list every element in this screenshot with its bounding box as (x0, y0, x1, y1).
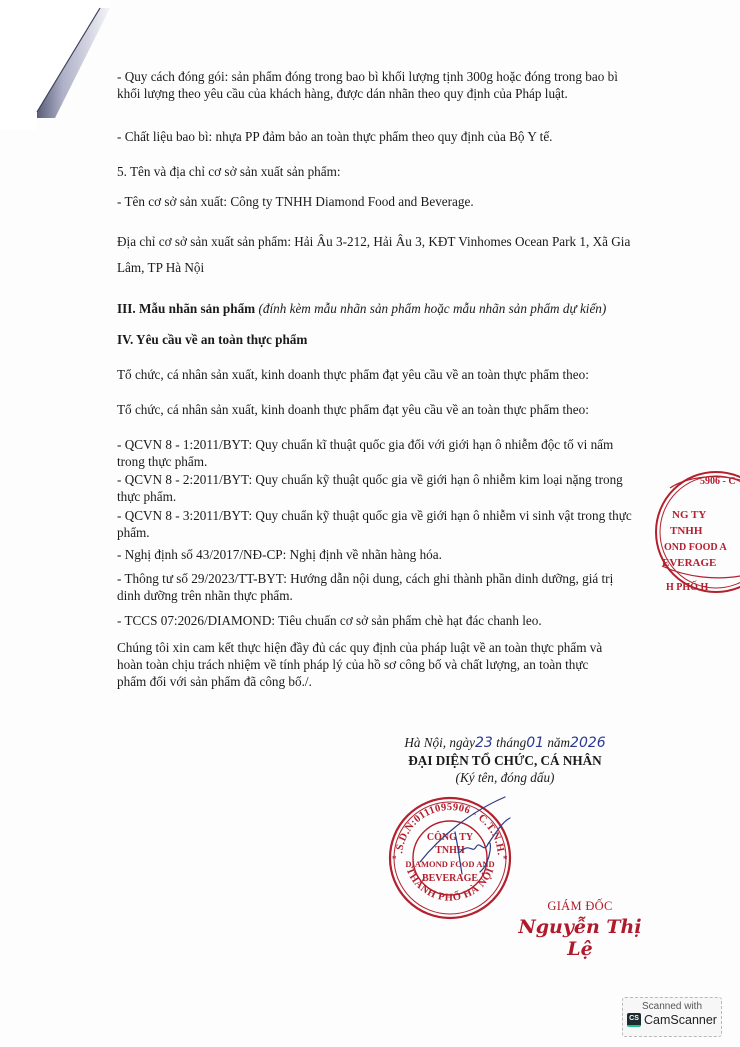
svg-text:*: * (392, 854, 397, 864)
packaging-material: - Chất liệu bao bì: nhựa PP đảm bảo an t… (117, 128, 637, 145)
regulation-item: - QCVN 8 - 3:2011/BYT: Quy chuẩn kỹ thuậ… (117, 507, 637, 541)
regulation-item: - Nghị định số 43/2017/NĐ-CP: Nghị định … (117, 546, 637, 563)
svg-text:*: * (503, 854, 508, 864)
section-3-line: III. Mẫu nhãn sản phẩm (đính kèm mẫu nhã… (117, 300, 637, 317)
signatory-role: GIÁM ĐỐC (510, 899, 650, 914)
signatory-block: GIÁM ĐỐC Nguyễn Thị Lệ (510, 899, 650, 960)
section-3-note: (đính kèm mẫu nhãn sản phẩm hoặc mẫu nhã… (258, 301, 606, 316)
svg-text:TNHH: TNHH (670, 525, 703, 537)
regulation-item: - Thông tư số 29/2023/TT-BYT: Hướng dẫn … (117, 570, 637, 604)
signatory-name: Nguyễn Thị Lệ (510, 916, 650, 960)
section-5-heading: 5. Tên và địa chỉ cơ sở sản xuất sản phẩ… (117, 163, 637, 180)
camscanner-watermark: Scanned with CS CamScanner (622, 997, 722, 1037)
svg-text:CÔNG TY: CÔNG TY (427, 830, 474, 843)
handwritten-month: 01 (526, 735, 544, 751)
section-4-heading: IV. Yêu cầu về an toàn thực phẩm (117, 331, 637, 348)
side-stamp-partial: 5906 - C NG TY TNHH OND FOOD A EVERAGE H… (648, 466, 740, 596)
svg-text:H PHỐ H: H PHỐ H (666, 580, 708, 593)
signature-block: Hà Nội, ngày23 tháng01 năm2026 ĐẠI DIỆN … (380, 734, 630, 786)
svg-text:EVERAGE: EVERAGE (662, 557, 716, 569)
svg-text:OND FOOD A: OND FOOD A (664, 542, 728, 553)
svg-text:DIAMOND FOOD AND: DIAMOND FOOD AND (405, 859, 494, 869)
intro-line-2: Tổ chức, cá nhân sản xuất, kinh doanh th… (117, 401, 637, 418)
page-fold-edge (0, 0, 110, 130)
packaging-spec: - Quy cách đóng gói: sản phẩm đóng trong… (117, 68, 637, 102)
manufacturer-name: - Tên cơ sở sản xuất: Công ty TNHH Diamo… (117, 193, 637, 210)
watermark-caption: Scanned with (623, 1001, 721, 1012)
svg-text:BEVERAGE: BEVERAGE (422, 873, 478, 884)
regulation-item: - TCCS 07:2026/DIAMOND: Tiêu chuẩn cơ sở… (117, 612, 637, 629)
camscanner-logo-icon: CS (627, 1013, 641, 1027)
svg-text:TNHH: TNHH (435, 845, 465, 856)
commitment-statement: Chúng tôi xin cam kết thực hiện đầy đủ c… (117, 639, 617, 690)
intro-line-1: Tổ chức, cá nhân sản xuất, kinh doanh th… (117, 366, 637, 383)
sign-instruction: (Ký tên, đóng dấu) (380, 769, 630, 786)
regulation-item: - QCVN 8 - 1:2011/BYT: Quy chuẩn kĩ thuậ… (117, 436, 637, 470)
handwritten-year: 2026 (570, 735, 606, 751)
company-stamp: M.S.D.N:0111095906 - C.T.N.H.H THÀNH PHỐ… (380, 792, 520, 920)
svg-text:NG TY: NG TY (672, 509, 706, 521)
manufacturer-address: Địa chỉ cơ sở sản xuất sản phẩm: Hải Âu … (117, 229, 637, 281)
svg-text:5906 - C: 5906 - C (700, 476, 736, 487)
regulation-item: - QCVN 8 - 2:2011/BYT: Quy chuẩn kỹ thuậ… (117, 471, 637, 505)
watermark-brand: CamScanner (644, 1013, 717, 1027)
svg-text:THÀNH PHỐ HÀ NỘI: THÀNH PHỐ HÀ NỘI (403, 866, 496, 904)
section-3-heading: III. Mẫu nhãn sản phẩm (117, 301, 255, 316)
representative-heading: ĐẠI DIỆN TỔ CHỨC, CÁ NHÂN (380, 752, 630, 769)
signature-date: Hà Nội, ngày23 tháng01 năm2026 (380, 734, 630, 752)
handwritten-day: 23 (475, 735, 493, 751)
